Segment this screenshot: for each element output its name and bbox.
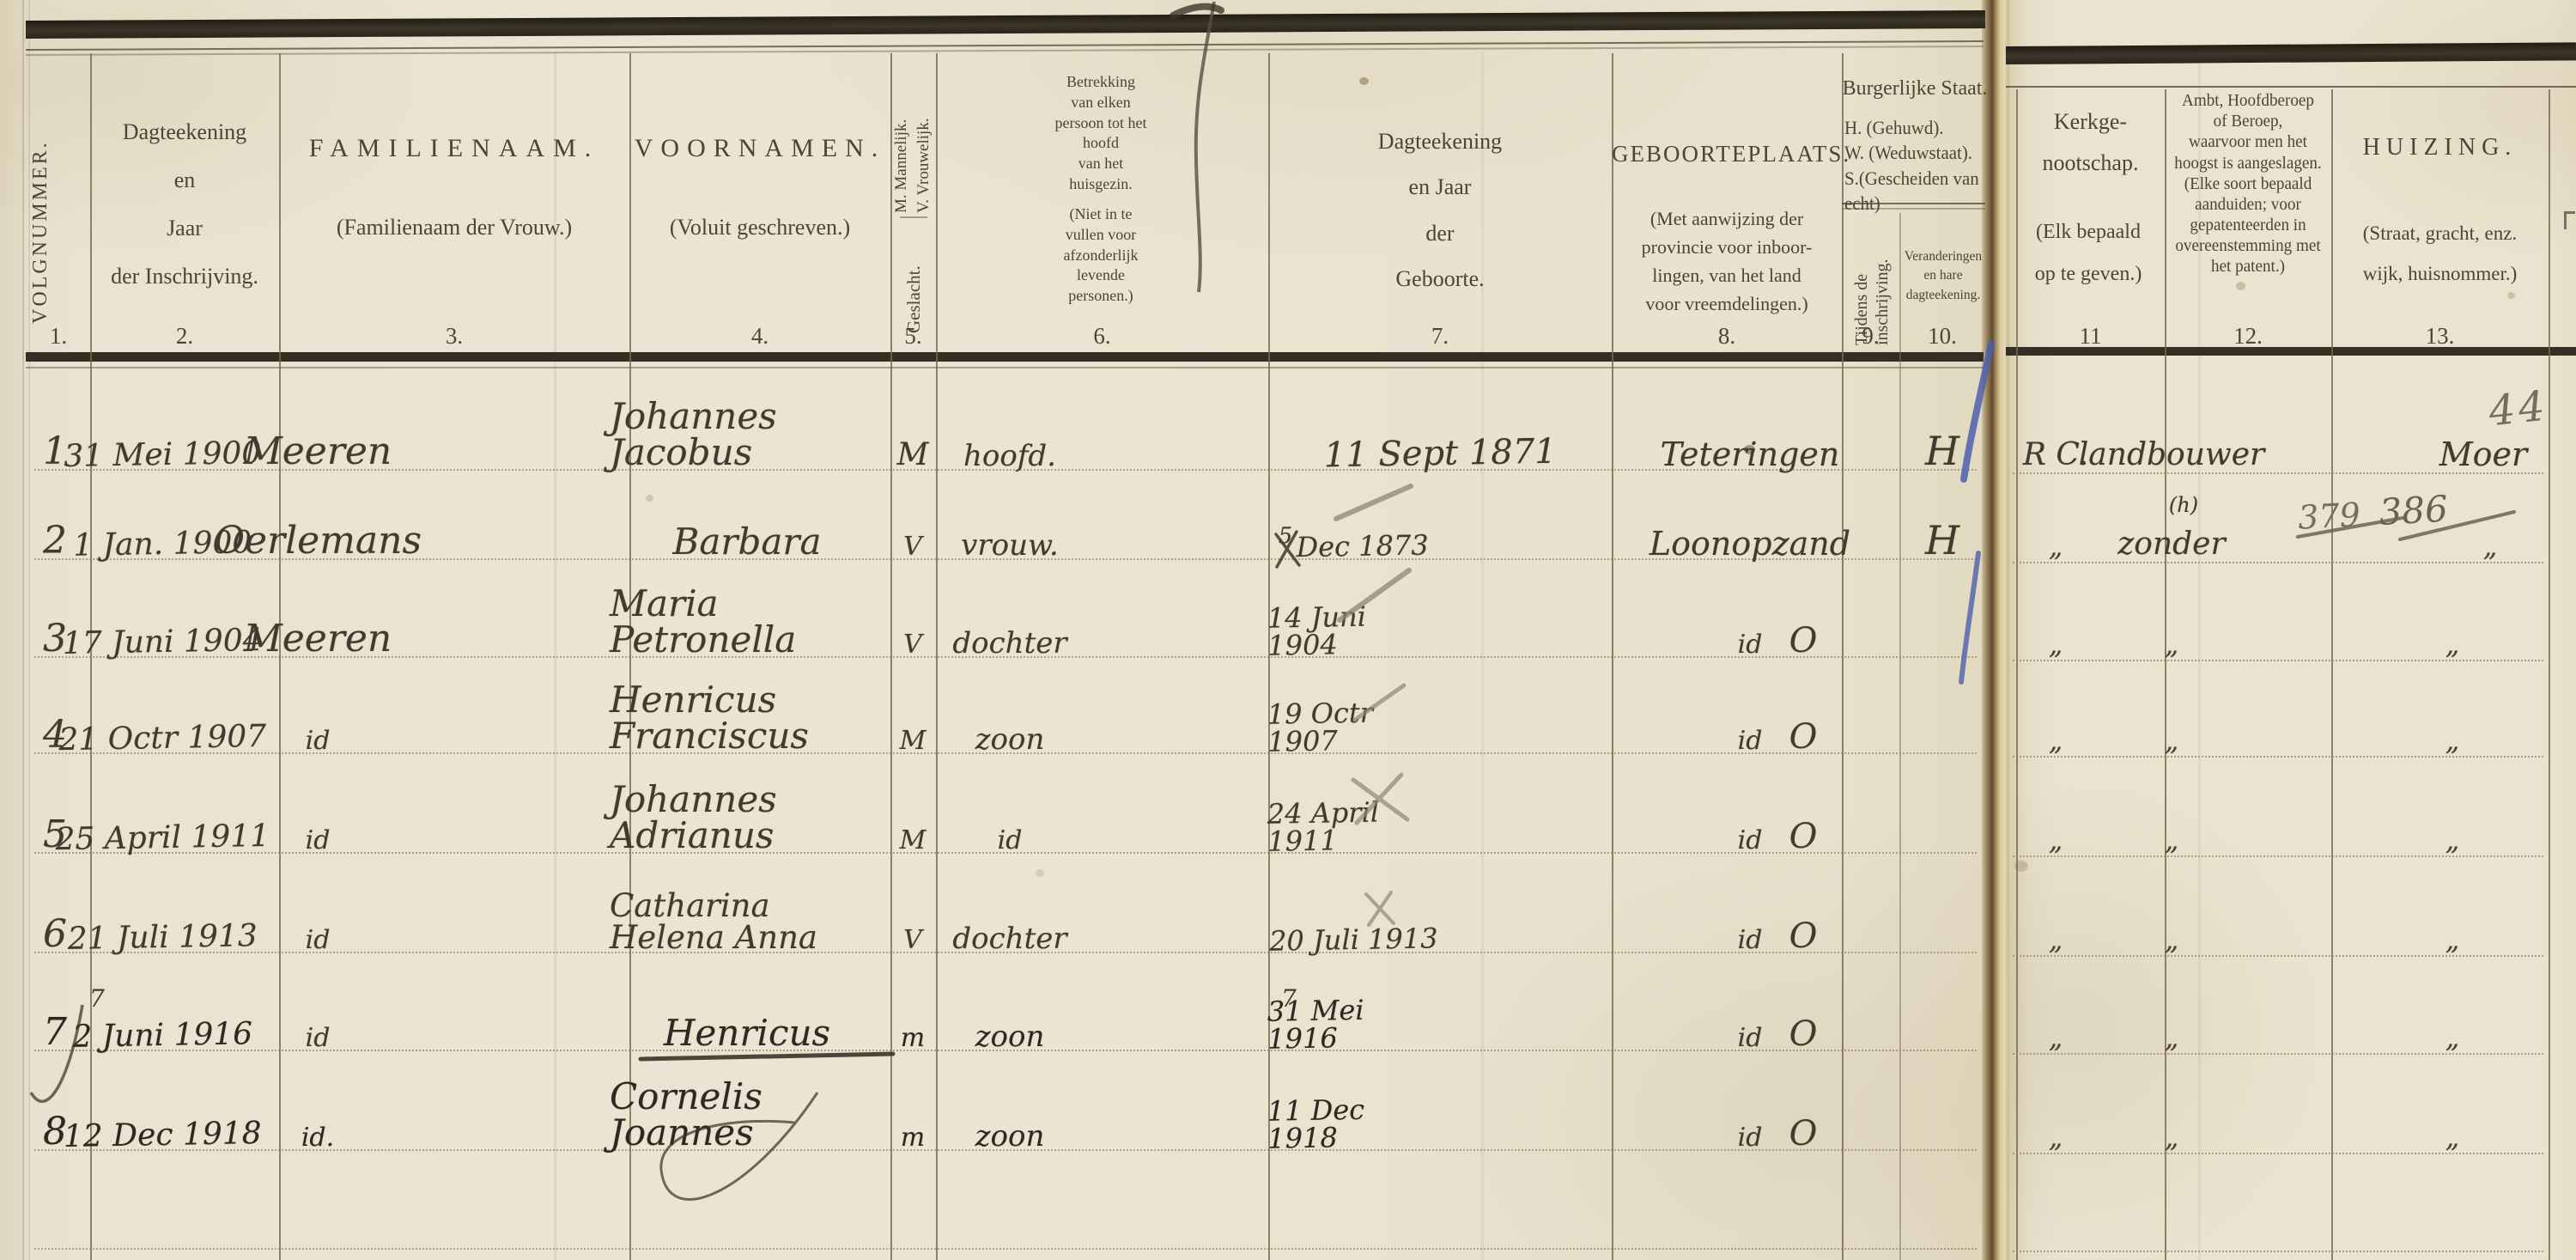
row-5-huizing: „ xyxy=(2366,795,2538,854)
colnum-4: 4. xyxy=(629,323,890,350)
colnum-9: 9. xyxy=(1842,323,1899,350)
row-8-beroep: „ xyxy=(2080,1093,2263,1151)
row-1-burgerlijke-staat: H xyxy=(1903,412,1982,471)
correction-seven-date: 7 xyxy=(1281,984,1297,1013)
row-4-geboortedatum: 19 Octr 1907 xyxy=(1267,694,1439,755)
row-2-familienaam: Oerlemans xyxy=(215,502,421,560)
row-5-geboortedatum: 24 April 1911 xyxy=(1267,794,1439,855)
row-2-beroep: zonder xyxy=(2080,502,2263,560)
row-1-familienaam: Meeren xyxy=(215,412,421,471)
row-6-huizing: „ xyxy=(2366,895,2538,953)
header-volgnummer: VOLGNUMMER. xyxy=(29,112,89,352)
row-3-geboortedatum: 14 Juni 1904 xyxy=(1267,598,1439,659)
row-2-burgerlijke-staat: H xyxy=(1903,502,1982,560)
row-1-geboorteplaats: Teteringen xyxy=(1621,412,1879,471)
row-6-geslacht: V xyxy=(887,895,939,953)
pencil-house-number: 44 xyxy=(2469,380,2567,437)
row-8-familienaam: id. xyxy=(215,1093,421,1151)
row-8-geslacht: m xyxy=(887,1093,939,1151)
row-3-betrekking: dochter xyxy=(936,600,1084,658)
colnum-10: 10. xyxy=(1899,323,1985,350)
row-7-geslacht: m xyxy=(887,993,939,1051)
header-bottom-rule-left xyxy=(26,352,1984,362)
geslacht-divider xyxy=(900,216,927,218)
colnum-13: 13. xyxy=(2331,323,2549,350)
header-ambt: Ambt, Hoofdberoep of Beroep, waarvoor me… xyxy=(2166,91,2330,278)
colnum-3: 3. xyxy=(279,323,629,350)
row-6-voornamen: Catharina Helena Anna xyxy=(610,895,884,953)
row-4-voornamen: Henricus Franciscus xyxy=(610,696,884,754)
row-7-burgerlijke-staat: O xyxy=(1765,993,1841,1051)
writing-line xyxy=(2013,1053,2543,1055)
row-4-burgerlijke-staat: O xyxy=(1765,696,1841,754)
header-kerkgenootschap-sub: (Elk bepaald op te geven.) xyxy=(2011,211,2166,295)
colnum-6: 6. xyxy=(936,323,1268,350)
row-2-date-main: Dec 1873 xyxy=(1296,531,1429,561)
row-1-betrekking: hoofd. xyxy=(936,412,1084,471)
colnum-1: 1. xyxy=(26,323,91,350)
row-6-beroep: „ xyxy=(2080,895,2263,953)
header-burgerlijke-staat-codes: H. (Gehuwd). W. (Weduwstaat). S.(Geschei… xyxy=(1844,115,1984,216)
row-8-burgerlijke-staat: O xyxy=(1765,1093,1841,1151)
colnum-8: 8. xyxy=(1612,323,1842,350)
row-5-burgerlijke-staat: O xyxy=(1765,795,1841,854)
colnum-12: 12. xyxy=(2165,323,2331,350)
struck-number-386: 386 xyxy=(2378,488,2449,533)
top-thin-rule-right xyxy=(2006,86,2576,88)
writing-line xyxy=(2013,1153,2543,1154)
column-rule-9-10 xyxy=(1899,213,1901,1260)
row-3-burgerlijke-staat: O xyxy=(1765,600,1841,658)
paper-stain xyxy=(2236,282,2245,290)
colnum-2: 2. xyxy=(90,323,279,350)
row-2-geboortedatum: 5 Dec 1873 xyxy=(1267,500,1439,561)
paper-stain xyxy=(646,495,653,502)
row-6-geboortedatum: 20 Juli 1913 xyxy=(1267,893,1439,954)
row-8-geboortedatum: 11 Dec 1918 xyxy=(1267,1091,1439,1152)
row-5-voornamen: Johannes Adrianus xyxy=(610,795,884,854)
row-4-betrekking: zoon xyxy=(936,696,1084,754)
population-register-scan: VOLGNUMMER. Dagteekening en Jaar der Ins… xyxy=(0,0,2576,1260)
paper-stain xyxy=(1359,77,1369,85)
header-bottom-thin-left xyxy=(26,367,1984,368)
correction-seven-inschrijving: 7 xyxy=(89,984,105,1013)
header-geboortedatum: Dagteekening en Jaar der Geboorte. xyxy=(1311,119,1569,301)
struck-number-379: 379 xyxy=(2297,496,2361,537)
row-2-voornamen: Barbara xyxy=(610,502,884,560)
paper-stain xyxy=(1036,869,1044,877)
header-inschrijving: Dagteekening en Jaar der Inschrijving. xyxy=(90,108,279,301)
writing-line xyxy=(2013,1251,2543,1252)
row-4-beroep: „ xyxy=(2080,696,2263,754)
row-2-geboorteplaats: Loonopzand xyxy=(1621,502,1879,560)
colnum-5: 5. xyxy=(890,323,936,350)
row-8-betrekking: zoon xyxy=(936,1093,1084,1151)
row-2-geslacht: V xyxy=(887,502,939,560)
row-7-familienaam: id xyxy=(215,993,421,1051)
writing-line xyxy=(2013,756,2543,758)
column-rule-13-14 xyxy=(2549,89,2550,1260)
colnum-7: 7. xyxy=(1268,323,1612,350)
row-4-geslacht: M xyxy=(887,696,939,754)
header-veranderingen: Veranderingen en hare dagteekening. xyxy=(1901,247,1985,305)
clipped-print-fragment xyxy=(2564,211,2575,229)
writing-line xyxy=(2013,955,2543,957)
writing-line xyxy=(2013,660,2543,661)
row-6-burgerlijke-staat: O xyxy=(1765,895,1841,953)
colnum-11: 11 xyxy=(2016,323,2165,350)
row-7-betrekking: zoon xyxy=(936,993,1084,1051)
row-7-voornamen: Henricus xyxy=(610,993,884,1051)
row-8-huizing: „ xyxy=(2366,1093,2538,1151)
writing-line xyxy=(34,1248,1977,1250)
header-familienaam-sub: (Familienaam der Vrouw.) xyxy=(279,215,629,240)
header-huizing-title: HUIZING. xyxy=(2331,134,2549,161)
header-kerkgenootschap-title: Kerkge- nootschap. xyxy=(2016,101,2165,184)
row-3-voornamen: Maria Petronella xyxy=(610,600,884,658)
row-8-voornamen: Cornelis Joannes xyxy=(610,1093,884,1151)
header-betrekking-sub: (Niet in te vullen voor afzonderlijk lev… xyxy=(1012,204,1190,307)
row-6-familienaam: id xyxy=(215,895,421,953)
header-voornamen-sub: (Voluit geschreven.) xyxy=(629,215,890,240)
header-huizing-sub: (Straat, gracht, enz. wijk, huisnommer.) xyxy=(2331,213,2549,294)
header-geslacht-male: M. Mannelijk. xyxy=(892,76,913,213)
header-burgerlijke-staat-title: Burgerlijke Staat. xyxy=(1842,77,1988,100)
writing-line xyxy=(2013,562,2543,563)
row-1-voornamen: Johannes Jacobus xyxy=(610,412,884,471)
row-3-familienaam: Meeren xyxy=(215,600,421,658)
header-geboorteplaats-title: GEBOORTEPLAATS. xyxy=(1612,141,1842,167)
header-voornamen-title: VOORNAMEN. xyxy=(629,134,890,163)
row-3-huizing: „ xyxy=(2366,600,2538,658)
header-geboorteplaats-sub: (Met aanwijzing der provincie voor inboo… xyxy=(1612,204,1842,318)
row-1-geslacht: M xyxy=(887,412,939,471)
row-3-beroep: „ xyxy=(2080,600,2263,658)
row-5-beroep: „ xyxy=(2080,795,2263,854)
row-4-familienaam: id xyxy=(215,696,421,754)
row-5-familienaam: id xyxy=(215,795,421,854)
header-familienaam-title: FAMILIENAAM. xyxy=(279,134,629,163)
row-2-date-superscript: 5 xyxy=(1279,525,1293,547)
row-3-geslacht: V xyxy=(887,600,939,658)
row-2-betrekking: vrouw. xyxy=(936,502,1084,560)
row-5-betrekking: id xyxy=(936,795,1084,854)
row-6-betrekking: dochter xyxy=(936,895,1084,953)
row-7-beroep: „ xyxy=(2080,993,2263,1051)
row-5-geslacht: M xyxy=(887,795,939,854)
header-betrekking-main: Betrekking van elken persoon tot het hoo… xyxy=(1012,72,1190,195)
header-geslacht-label: Geslacht. xyxy=(903,227,926,333)
row-4-huizing: „ xyxy=(2366,696,2538,754)
row-7-huizing: „ xyxy=(2366,993,2538,1051)
row-1-beroep: landbouwer xyxy=(2080,412,2263,471)
header-geslacht-female: V. Vrouwelijk. xyxy=(914,76,935,213)
row-1-geboortedatum: 11 Sept 1871 xyxy=(1272,410,1607,474)
writing-line xyxy=(2013,855,2543,857)
